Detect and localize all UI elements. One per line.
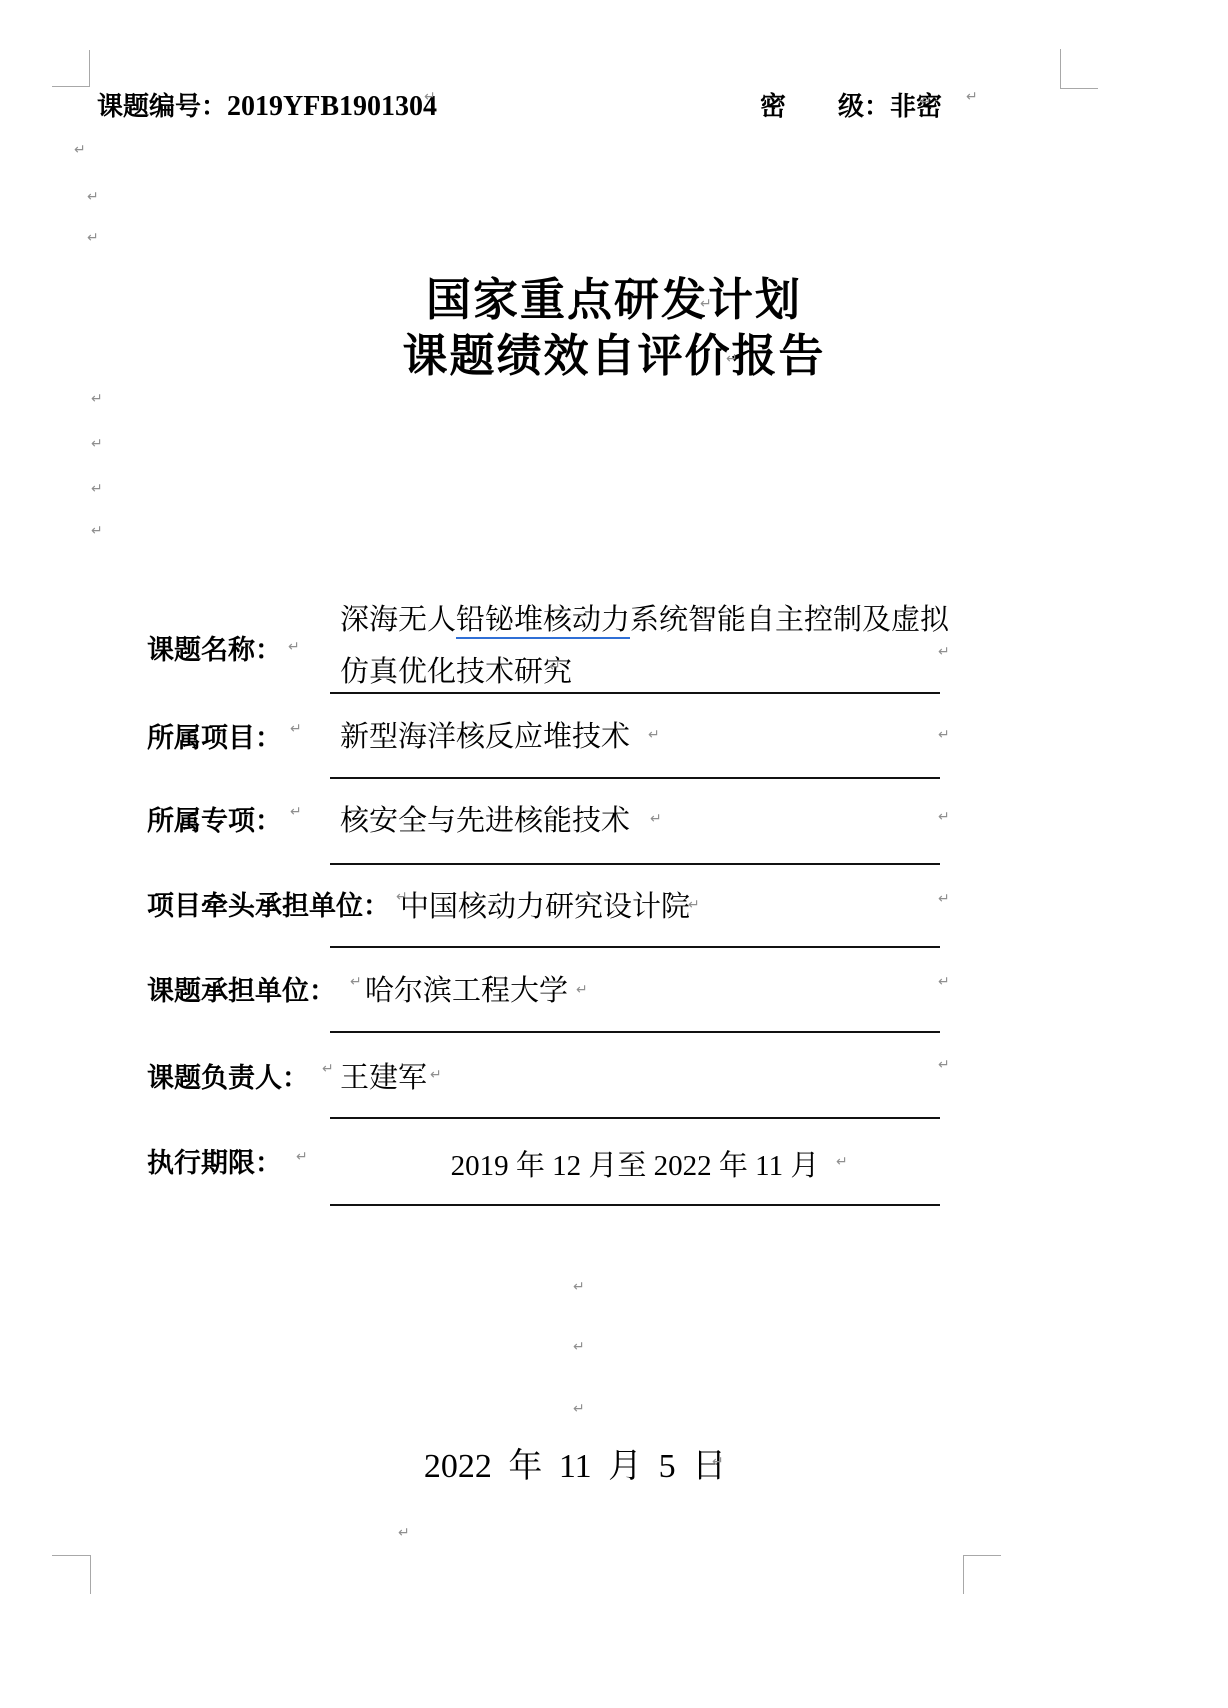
- paragraph-mark-icon: ↵: [688, 898, 700, 912]
- value-underline: [330, 1031, 940, 1033]
- course-number-value: 2019YFB1901304: [227, 91, 437, 122]
- project-name-pre: 深海无人: [340, 604, 456, 636]
- field-value-parent-project: 新型海洋核反应堆技术: [340, 714, 630, 755]
- report-date: 2022 年 11 月 5 日: [270, 1438, 880, 1487]
- paragraph-mark-icon: ↵: [920, 95, 932, 109]
- field-label-project-name: 课题名称：: [147, 628, 282, 667]
- title-line-1: 国家重点研发计划: [0, 272, 1228, 328]
- field-value-project-leader: 王建军: [340, 1055, 427, 1096]
- paragraph-mark-icon: ↵: [288, 640, 300, 654]
- title-line-2: 课题绩效自评价报告: [0, 328, 1228, 384]
- secrecy-label: 密 级：: [760, 91, 890, 121]
- paragraph-mark-icon: ↵: [322, 1062, 334, 1076]
- paragraph-mark-icon: ↵: [87, 190, 99, 204]
- field-value-project-name-line2: 仿真优化技术研究: [340, 649, 572, 690]
- paragraph-mark-icon: ↵: [573, 1340, 585, 1354]
- crop-mark-bottom-right-icon: [963, 1555, 1001, 1594]
- field-label-special-program: 所属专项：: [147, 799, 282, 838]
- secrecy-value: 非密: [890, 91, 942, 121]
- field-value-lead-organization: 中国核动力研究设计院: [400, 884, 690, 925]
- field-label-execution-period: 执行期限：: [147, 1141, 282, 1180]
- paragraph-mark-icon: ↵: [430, 1068, 442, 1082]
- field-value-special-program: 核安全与先进核能技术: [340, 798, 630, 839]
- project-name-grammar-underlined: 铅铋堆核动力: [456, 604, 630, 639]
- field-value-project-name-line1: 深海无人铅铋堆核动力系统智能自主控制及虚拟: [340, 597, 949, 638]
- value-underline: [330, 1117, 940, 1119]
- project-name-post: 系统智能自主控制及虚拟: [630, 604, 949, 636]
- field-label-project-leader: 课题负责人：: [147, 1056, 309, 1095]
- paragraph-mark-icon: ↵: [549, 660, 561, 674]
- paragraph-mark-icon: ↵: [573, 1280, 585, 1294]
- crop-mark-top-right-icon: [1060, 49, 1098, 89]
- paragraph-mark-icon: ↵: [938, 810, 950, 824]
- paragraph-mark-icon: ↵: [576, 983, 588, 997]
- crop-mark-top-left-icon: [52, 50, 90, 87]
- paragraph-mark-icon: ↵: [87, 231, 99, 245]
- paragraph-mark-icon: ↵: [74, 143, 86, 157]
- paragraph-mark-icon: ↵: [91, 482, 103, 496]
- paragraph-mark-icon: ↵: [91, 437, 103, 451]
- course-number-label: 课题编号：: [97, 91, 227, 121]
- paragraph-mark-icon: ↵: [91, 524, 103, 538]
- value-underline: [330, 1204, 940, 1206]
- field-value-execution-period: 2019 年 12 月至 2022 年 11 月: [330, 1143, 940, 1184]
- paragraph-mark-icon: ↵: [938, 1058, 950, 1072]
- secrecy-level: 密 级：非密: [760, 86, 942, 123]
- paragraph-mark-icon: ↵: [424, 90, 436, 104]
- field-label-parent-project: 所属项目：: [147, 716, 282, 755]
- paragraph-mark-icon: ↵: [398, 1526, 410, 1540]
- document-title: 国家重点研发计划 课题绩效自评价报告: [0, 272, 1228, 384]
- field-label-lead-organization: 项目牵头承担单位：: [147, 884, 390, 923]
- paragraph-mark-icon: ↵: [648, 728, 660, 742]
- paragraph-mark-icon: ↵: [966, 90, 978, 104]
- paragraph-mark-icon: ↵: [726, 352, 738, 366]
- paragraph-mark-icon: ↵: [91, 392, 103, 406]
- paragraph-mark-icon: ↵: [938, 975, 950, 989]
- paragraph-mark-icon: ↵: [938, 892, 950, 906]
- value-underline: [330, 777, 940, 779]
- document-page: 课题编号：2019YFB1901304 密 级：非密 国家重点研发计划 课题绩效…: [0, 0, 1228, 1708]
- paragraph-mark-icon: ↵: [938, 645, 950, 659]
- paragraph-mark-icon: ↵: [290, 805, 302, 819]
- paragraph-mark-icon: ↵: [350, 975, 362, 989]
- course-number: 课题编号：2019YFB1901304: [97, 86, 437, 123]
- value-underline: [330, 692, 940, 694]
- paragraph-mark-icon: ↵: [700, 297, 712, 311]
- value-underline: [330, 946, 940, 948]
- paragraph-mark-icon: ↵: [650, 812, 662, 826]
- paragraph-mark-icon: ↵: [290, 722, 302, 736]
- paragraph-mark-icon: ↵: [296, 1150, 308, 1164]
- field-value-undertaking-organization: 哈尔滨工程大学: [365, 968, 568, 1009]
- paragraph-mark-icon: ↵: [836, 1155, 848, 1169]
- paragraph-mark-icon: ↵: [938, 728, 950, 742]
- paragraph-mark-icon: ↵: [396, 890, 408, 904]
- crop-mark-bottom-left-icon: [52, 1555, 91, 1594]
- paragraph-mark-icon: ↵: [712, 1455, 724, 1469]
- paragraph-mark-icon: ↵: [573, 1402, 585, 1416]
- field-label-undertaking-organization: 课题承担单位：: [147, 969, 336, 1008]
- value-underline: [330, 863, 940, 865]
